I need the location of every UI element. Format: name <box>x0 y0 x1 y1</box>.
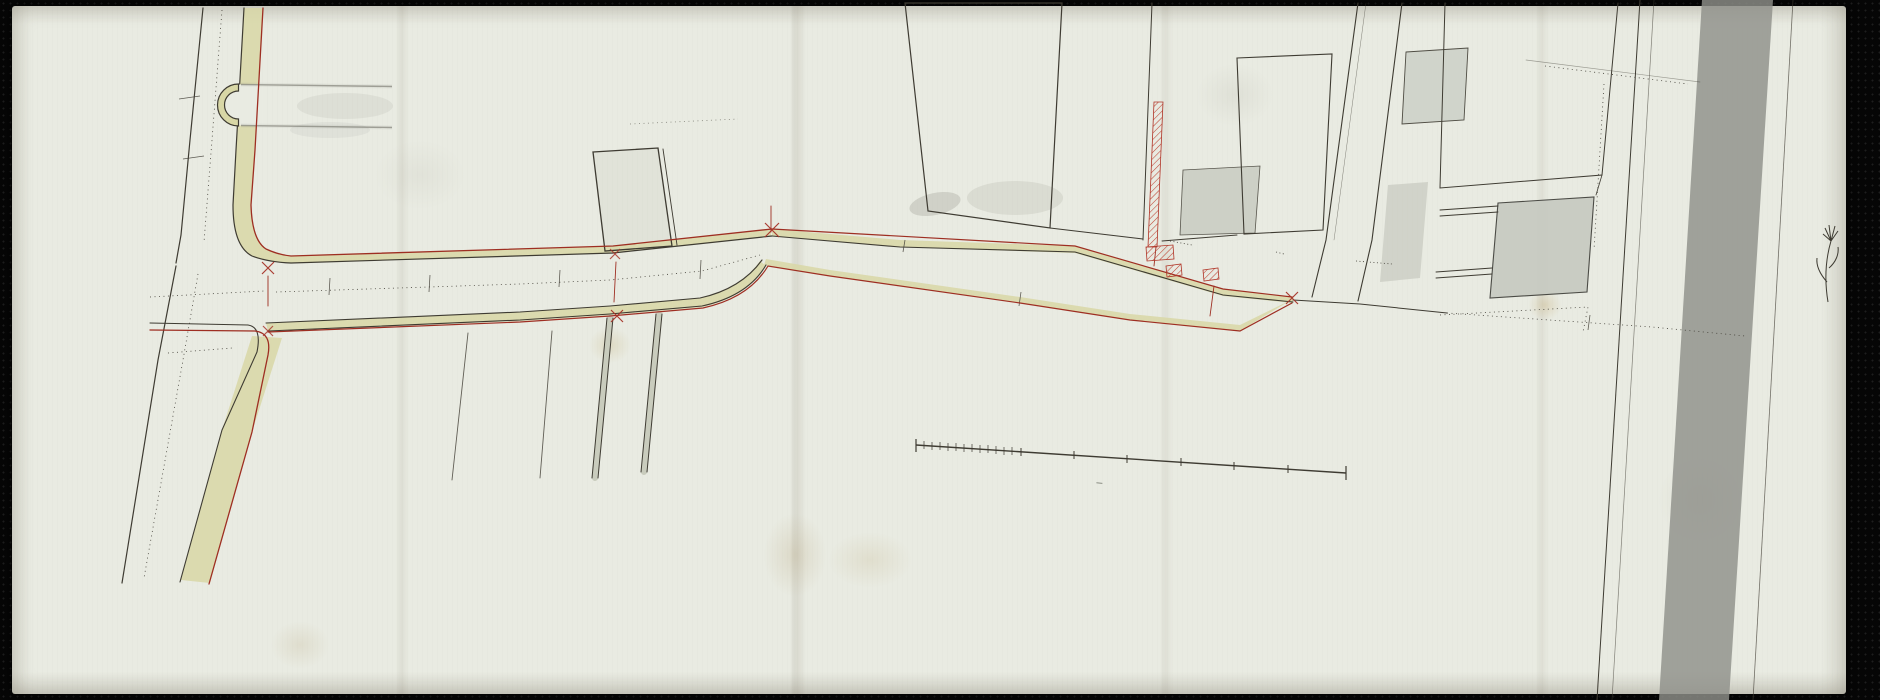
gray-washes <box>290 48 1594 298</box>
survey-ticks <box>179 96 1590 330</box>
scale-note-fraction <box>1096 482 1102 484</box>
scale-note-numerator <box>1096 482 1102 484</box>
scale-note-equals <box>1093 477 1094 488</box>
talus-band <box>1659 0 1773 700</box>
map-drawing <box>0 0 1880 700</box>
reed-plant-icon <box>1817 225 1838 302</box>
scale-ratio-note <box>1093 477 1103 490</box>
benedictins-entrance-walls <box>592 314 662 478</box>
map-canvas <box>0 0 1880 700</box>
scale-bar <box>916 439 1346 480</box>
